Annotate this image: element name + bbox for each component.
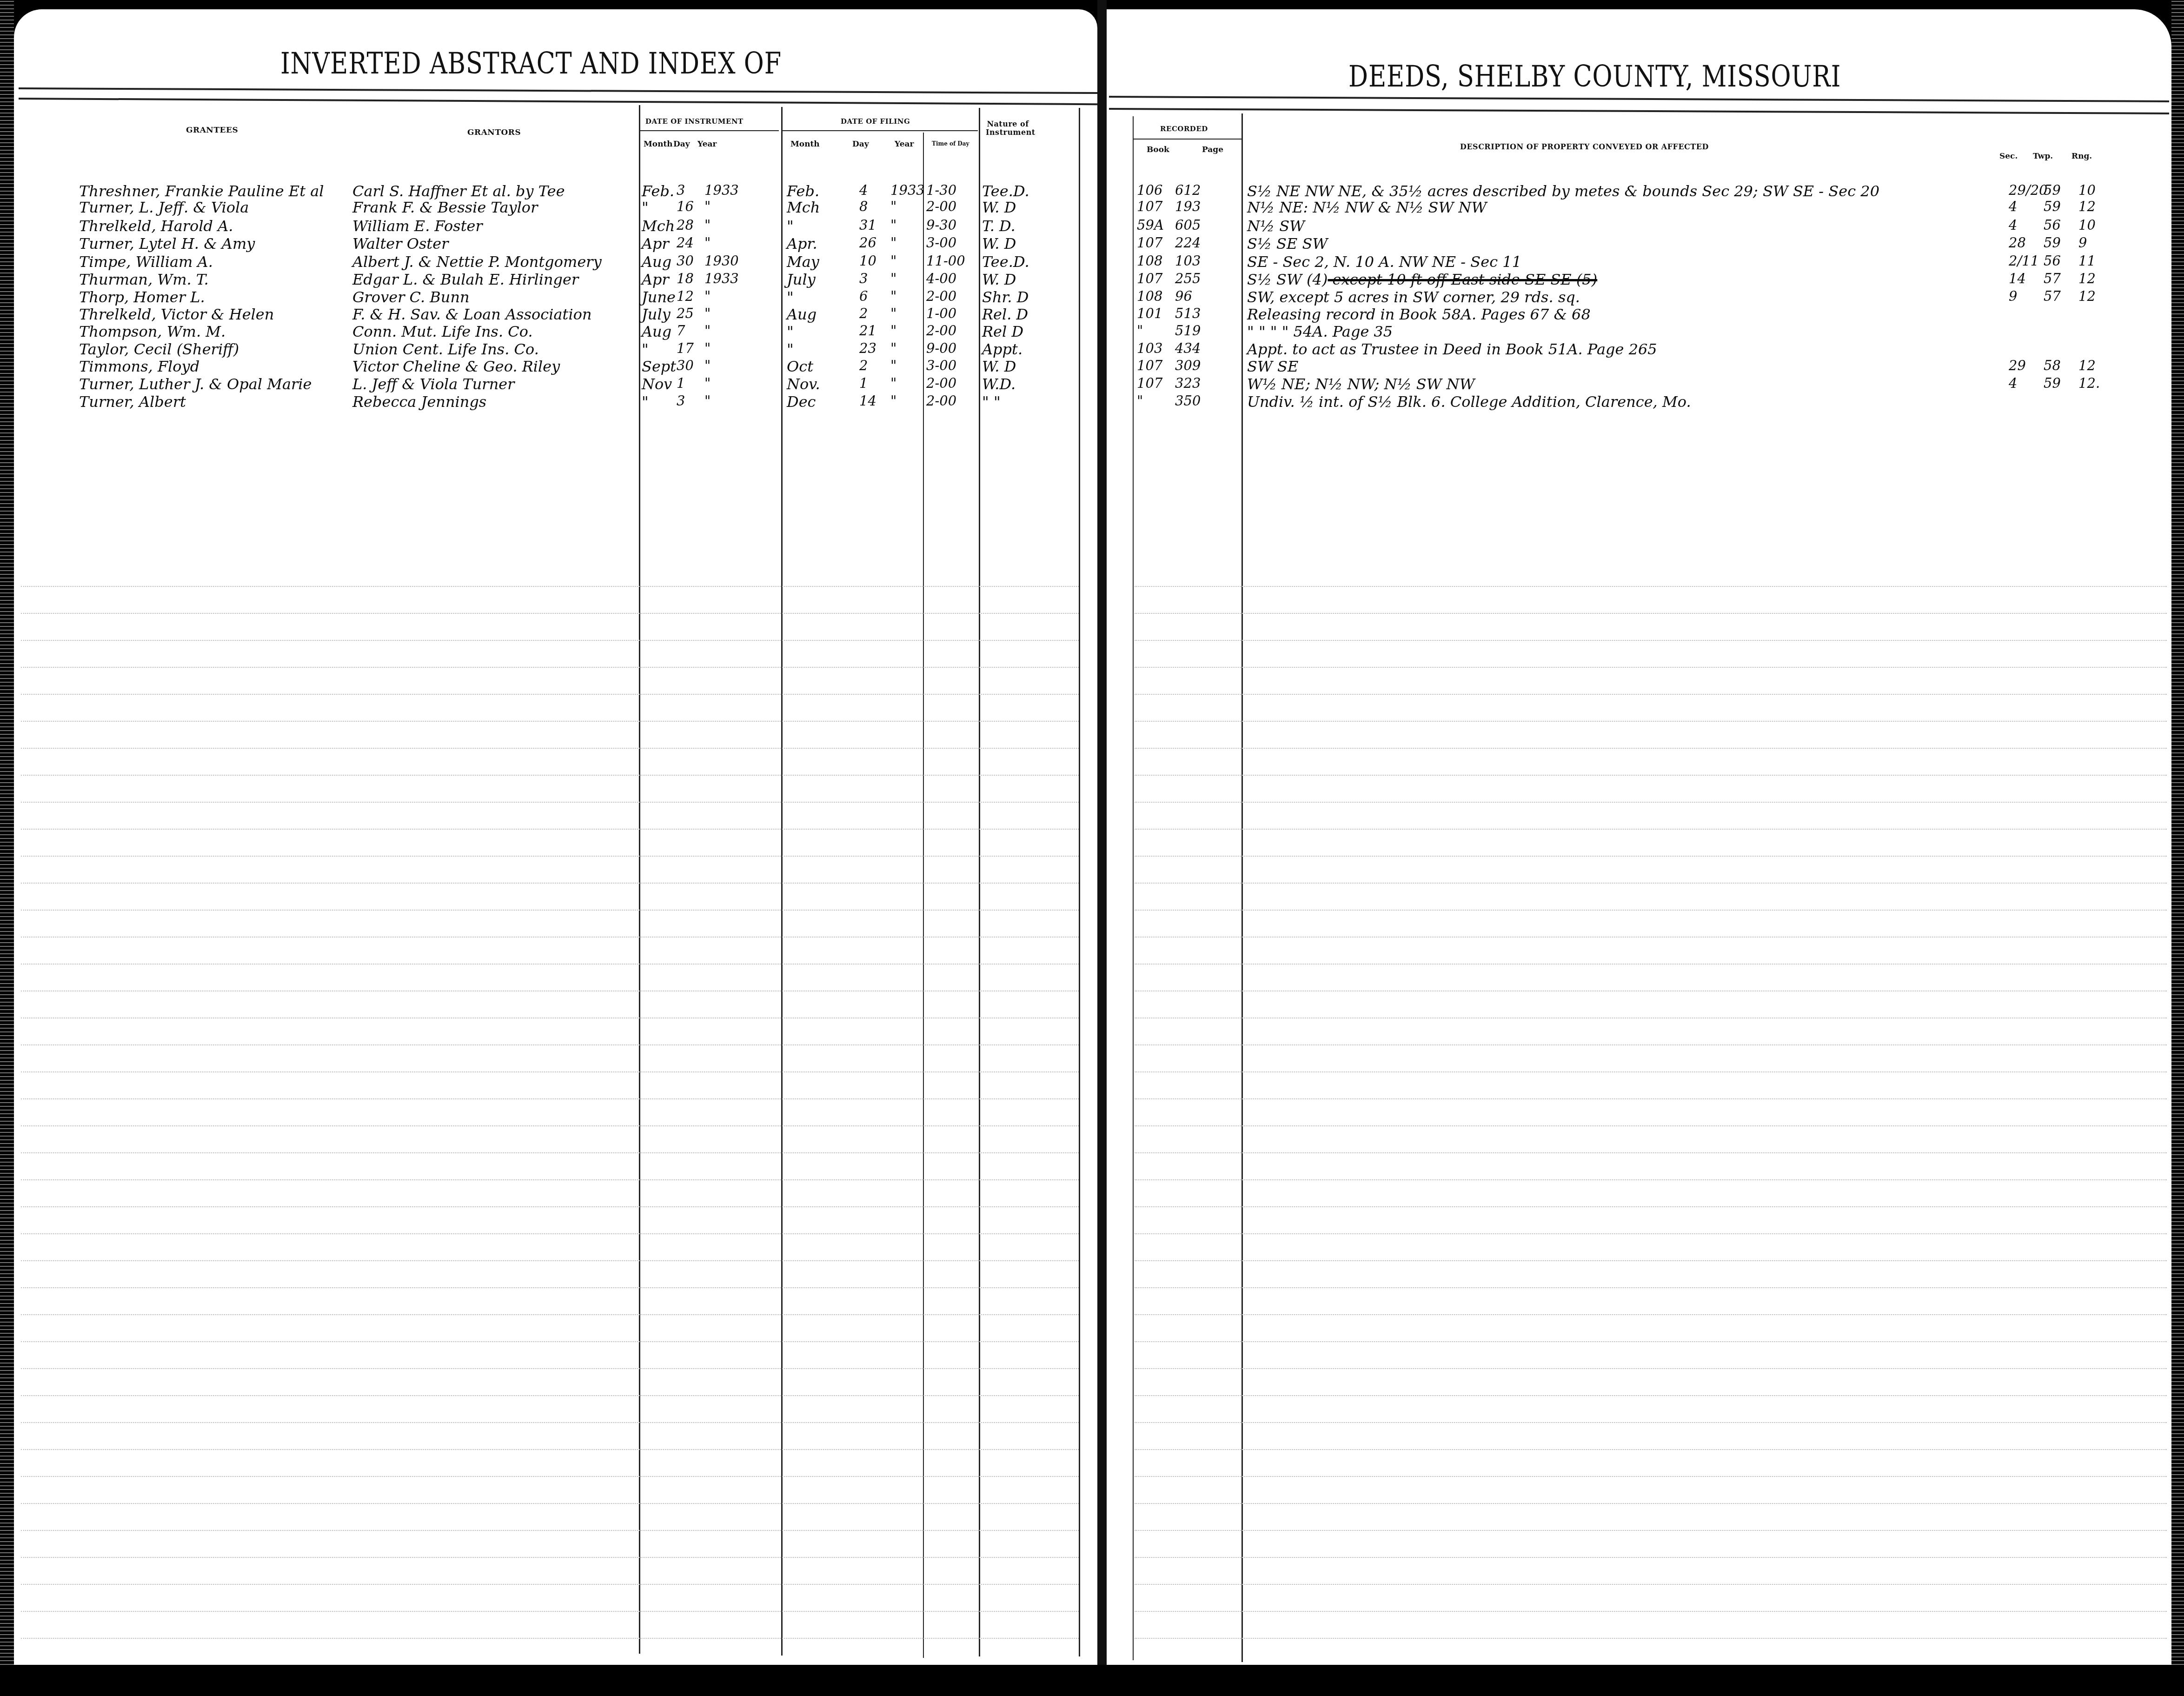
- grantee-cell: Thurman, Wm. T.: [79, 272, 209, 287]
- file-year-cell: ": [890, 377, 896, 390]
- ruled-line: [1135, 640, 2167, 641]
- file-year-cell: 1933: [890, 184, 925, 197]
- file-day-cell: 3: [859, 272, 868, 286]
- inst-year-cell: ": [704, 290, 710, 303]
- grantee-cell: Taylor, Cecil (Sheriff): [79, 342, 239, 357]
- book-cell: 107: [1137, 200, 1162, 213]
- page-cell: 193: [1175, 200, 1201, 213]
- page-cell: 519: [1175, 324, 1201, 338]
- ruled-line: [21, 586, 1079, 587]
- inst-year-cell: ": [704, 200, 710, 213]
- file-day-cell: 8: [859, 200, 868, 213]
- sec-cell: 29/20: [2009, 184, 2048, 197]
- grantor-cell: F. & H. Sav. & Loan Association: [352, 307, 592, 322]
- inst-year-cell: ": [704, 377, 710, 390]
- book-cell: 108: [1137, 254, 1162, 268]
- book-cell: 107: [1137, 272, 1162, 286]
- file-year-cell: ": [890, 219, 896, 232]
- rng-header: Rng.: [2071, 152, 2092, 161]
- book-cell: 101: [1137, 307, 1162, 320]
- sec-cell: 29: [2009, 359, 2026, 372]
- recorded-rule-right: [1241, 113, 1243, 1662]
- inst-day-cell: 17: [677, 342, 694, 355]
- inst-month-cell: Feb.: [642, 184, 674, 199]
- nature-cell: W. D: [982, 359, 1016, 374]
- book-cell: ": [1137, 324, 1143, 338]
- file-year-cell: ": [890, 200, 896, 213]
- ruled-line: [21, 1314, 1079, 1315]
- sec-header: Sec.: [1999, 152, 2018, 161]
- time-of-day-cell: 2-00: [926, 290, 956, 303]
- ruled-line: [1135, 1071, 2167, 1072]
- grantor-cell: Union Cent. Life Ins. Co.: [352, 342, 539, 357]
- ruled-line: [1135, 1476, 2167, 1477]
- ruled-line: [1135, 1422, 2167, 1423]
- ruled-line: [1135, 1044, 2167, 1045]
- ruled-line: [1135, 1530, 2167, 1531]
- file-month-cell: ": [787, 290, 794, 305]
- bottom-scan-edge: [0, 1665, 2184, 1696]
- file-month-cell: ": [787, 342, 794, 357]
- ruled-line: [21, 1018, 1079, 1018]
- ruled-line: [21, 883, 1079, 884]
- file-day-cell: 14: [859, 394, 876, 408]
- inst-day-cell: 24: [677, 236, 694, 250]
- time-of-day-cell: 3-00: [926, 359, 956, 372]
- time-of-day-cell: 1-00: [926, 307, 956, 320]
- page-cell: 96: [1175, 290, 1192, 303]
- page-cell: 323: [1175, 377, 1201, 390]
- description-cell: Undiv. ½ int. of S½ Blk. 6. College Addi…: [1247, 394, 1691, 409]
- twp-cell: 59: [2044, 200, 2061, 213]
- rng-cell: 10: [2078, 219, 2096, 232]
- file-month-header: Month: [790, 140, 820, 149]
- file-day-cell: 1: [859, 377, 868, 390]
- ruled-line: [21, 856, 1079, 857]
- inst-year-cell: ": [704, 236, 710, 250]
- right-page-title: DEEDS, SHELBY COUNTY, MISSOURI: [1348, 60, 1841, 94]
- inst-day-cell: 25: [677, 307, 694, 320]
- book-header: Book: [1147, 145, 1169, 154]
- inst-month-cell: ": [642, 394, 649, 409]
- description-cell: S½ NE NW NE, & 35½ acres described by me…: [1247, 184, 1879, 199]
- page-cell: 434: [1175, 342, 1201, 355]
- col-rule-nature-left: [979, 108, 980, 1656]
- book-cell: 103: [1137, 342, 1162, 355]
- date-of-instrument-header: DATE OF INSTRUMENT: [645, 117, 743, 126]
- ruled-line: [21, 640, 1079, 641]
- grantor-cell: Conn. Mut. Life Ins. Co.: [352, 324, 533, 339]
- col-rule-inst-left: [639, 105, 640, 1654]
- sec-cell: 9: [2009, 290, 2017, 303]
- description-cell: " " " " 54A. Page 35: [1247, 324, 1393, 339]
- ruled-line: [21, 1530, 1079, 1531]
- file-year-cell: ": [890, 290, 896, 303]
- ruled-line: [1135, 1206, 2167, 1207]
- nature-cell: Tee.D.: [982, 184, 1029, 199]
- rng-cell: 10: [2078, 184, 2096, 197]
- file-year-header: Year: [895, 140, 914, 149]
- grantee-cell: Turner, Luther J. & Opal Marie: [79, 377, 312, 392]
- nature-cell: W. D: [982, 272, 1016, 287]
- grantee-cell: Timpe, William A.: [79, 254, 213, 269]
- grantor-cell: William E. Foster: [352, 219, 483, 233]
- ruled-line: [21, 1260, 1079, 1261]
- ruled-line: [1135, 883, 2167, 884]
- inst-month-cell: Nov: [642, 377, 672, 392]
- ruled-line: [21, 991, 1079, 991]
- col-rule-time: [923, 133, 924, 1658]
- col-rule-inst-right: [781, 107, 783, 1656]
- inst-month-cell: Aug: [642, 324, 671, 339]
- ruled-line: [1135, 1611, 2167, 1612]
- inst-year-header: Year: [697, 140, 717, 149]
- page-cell: 513: [1175, 307, 1201, 320]
- grantor-cell: Frank F. & Bessie Taylor: [352, 200, 538, 215]
- book-cell: ": [1137, 394, 1143, 408]
- ruled-line: [21, 775, 1079, 776]
- grantor-cell: Victor Cheline & Geo. Riley: [352, 359, 560, 374]
- nature-cell: Shr. D: [982, 290, 1029, 305]
- sec-cell: 28: [2009, 236, 2026, 250]
- rng-cell: 12: [2078, 200, 2096, 213]
- file-year-cell: ": [890, 394, 896, 408]
- inst-year-cell: ": [704, 394, 710, 408]
- inst-month-cell: Apr: [642, 272, 669, 287]
- ruled-line: [1135, 937, 2167, 938]
- description-cell: SW SE: [1247, 359, 1298, 374]
- ruled-line: [21, 1044, 1079, 1045]
- time-of-day-cell: 2-00: [926, 377, 956, 390]
- description-cell: N½ SW: [1247, 219, 1305, 233]
- ruled-line: [1135, 775, 2167, 776]
- description-cell: SW, except 5 acres in SW corner, 29 rds.…: [1247, 290, 1580, 305]
- grantees-header: GRANTEES: [186, 126, 238, 135]
- twp-cell: 57: [2044, 272, 2061, 286]
- book-gutter: [1097, 0, 1107, 1696]
- rng-cell: 12: [2078, 272, 2096, 286]
- ruled-line: [1135, 586, 2167, 587]
- ruled-line: [1135, 1638, 2167, 1639]
- ruled-line: [1135, 1260, 2167, 1261]
- nature-cell: Rel. D: [982, 307, 1028, 322]
- file-day-cell: 31: [859, 219, 876, 232]
- sec-cell: 4: [2009, 377, 2017, 390]
- inst-month-cell: Apr: [642, 236, 669, 251]
- recorded-rule-left: [1133, 116, 1134, 1660]
- file-year-cell: ": [890, 272, 896, 286]
- file-month-cell: ": [787, 324, 794, 339]
- book-cell: 107: [1137, 377, 1162, 390]
- rng-cell: 11: [2078, 254, 2096, 268]
- ruled-line: [21, 1233, 1079, 1234]
- inst-day-cell: 12: [677, 290, 694, 303]
- ruled-line: [21, 694, 1079, 695]
- ruled-line: [1135, 721, 2167, 722]
- grantor-cell: L. Jeff & Viola Turner: [352, 377, 514, 392]
- sec-cell: 14: [2009, 272, 2026, 286]
- inst-day-cell: 30: [677, 254, 694, 268]
- file-year-cell: ": [890, 307, 896, 320]
- ruled-line: [1135, 1368, 2167, 1369]
- inst-year-cell: ": [704, 342, 710, 355]
- grantor-cell: Walter Oster: [352, 236, 448, 251]
- ruled-line: [21, 910, 1079, 911]
- sec-cell: 4: [2009, 200, 2017, 213]
- time-of-day-cell: 9-00: [926, 342, 956, 355]
- file-day-cell: 2: [859, 307, 868, 320]
- ruled-line: [21, 1368, 1079, 1369]
- nature-of-instrument-header: Nature of Instrument: [986, 120, 1030, 137]
- time-of-day-cell: 2-00: [926, 200, 956, 213]
- ruled-line: [21, 1422, 1079, 1423]
- grantee-cell: Turner, Albert: [79, 394, 186, 409]
- ruled-line: [1135, 802, 2167, 803]
- grantee-cell: Threlkeld, Harold A.: [79, 219, 233, 233]
- description-cell: SE - Sec 2, N. 10 A. NW NE - Sec 11: [1247, 254, 1521, 269]
- date-of-filing-header: DATE OF FILING: [841, 117, 910, 126]
- file-month-cell: July: [787, 272, 816, 287]
- page-cell: 350: [1175, 394, 1201, 408]
- ruled-line: [1135, 1584, 2167, 1585]
- ruled-line: [21, 1179, 1079, 1180]
- inst-day-cell: 7: [677, 324, 685, 338]
- twp-header: Twp.: [2033, 152, 2053, 161]
- ruled-line: [1135, 1152, 2167, 1153]
- twp-cell: 59: [2044, 377, 2061, 390]
- file-day-cell: 23: [859, 342, 876, 355]
- left-page-title: INVERTED ABSTRACT AND INDEX OF: [280, 47, 782, 81]
- ruled-line: [21, 1152, 1079, 1153]
- file-day-cell: 4: [859, 184, 868, 197]
- inst-year-cell: 1930: [704, 254, 739, 268]
- file-month-cell: Mch: [787, 200, 820, 215]
- nature-cell: W. D: [982, 236, 1016, 251]
- ruled-line: [1135, 667, 2167, 668]
- inst-year-cell: ": [704, 307, 710, 320]
- ruled-line: [21, 1125, 1079, 1126]
- time-of-day-cell: 3-00: [926, 236, 956, 250]
- ruled-line: [21, 1395, 1079, 1396]
- ruled-line: [1135, 694, 2167, 695]
- ruled-line: [21, 829, 1079, 830]
- ruled-line: [1135, 1395, 2167, 1396]
- description-cell: S½ SW (4) except 10 ft off East side SE …: [1247, 272, 1597, 287]
- nature-cell: " ": [982, 394, 1001, 409]
- inst-month-cell: ": [642, 342, 649, 357]
- twp-cell: 56: [2044, 219, 2061, 232]
- grantee-cell: Turner, L. Jeff. & Viola: [79, 200, 249, 215]
- page-cell: 224: [1175, 236, 1201, 250]
- inst-day-cell: 3: [677, 394, 685, 408]
- inst-day-cell: 16: [677, 200, 694, 213]
- description-cell: Appt. to act as Trustee in Deed in Book …: [1247, 342, 1657, 357]
- book-cell: 106: [1137, 184, 1162, 197]
- file-month-cell: Dec: [787, 394, 816, 409]
- ruled-line: [1135, 991, 2167, 991]
- inst-year-cell: ": [704, 324, 710, 338]
- file-day-cell: 6: [859, 290, 868, 303]
- nature-cell: Rel D: [982, 324, 1023, 339]
- grantor-cell: Carl S. Haffner Et al. by Tee: [352, 184, 565, 199]
- grantee-cell: Threshner, Frankie Pauline Et al: [79, 184, 324, 199]
- right-scan-edge: [2171, 0, 2184, 1696]
- inst-year-cell: ": [704, 359, 710, 372]
- inst-day-cell: 18: [677, 272, 694, 286]
- time-of-day-cell: 2-00: [926, 324, 956, 338]
- nature-cell: Tee.D.: [982, 254, 1029, 269]
- left-scan-edge: [0, 0, 14, 1696]
- twp-cell: 58: [2044, 359, 2061, 372]
- file-month-cell: Oct: [787, 359, 813, 374]
- time-of-day-header: Time of Day: [932, 140, 969, 147]
- description-cell: N½ NE: N½ NW & N½ SW NW: [1247, 200, 1487, 215]
- nature-cell: T. D.: [982, 219, 1016, 233]
- time-of-day-cell: 2-00: [926, 394, 956, 408]
- file-month-cell: Aug: [787, 307, 817, 322]
- ruled-line: [21, 1206, 1079, 1207]
- ruled-line: [1135, 1125, 2167, 1126]
- inst-year-cell: 1933: [704, 184, 739, 197]
- filing-subheader-rule: [783, 130, 978, 131]
- book-cell: 107: [1137, 359, 1162, 372]
- ruled-line: [1135, 1233, 2167, 1234]
- description-header: DESCRIPTION OF PROPERTY CONVEYED OR AFFE…: [1460, 142, 1709, 151]
- file-month-cell: May: [787, 254, 819, 269]
- ruled-line: [21, 748, 1079, 749]
- rng-cell: 12.: [2078, 377, 2100, 390]
- twp-cell: 56: [2044, 254, 2061, 268]
- inst-month-header: Month: [644, 140, 673, 149]
- ruled-line: [21, 1098, 1079, 1099]
- file-year-cell: ": [890, 254, 896, 268]
- file-year-cell: ": [890, 359, 896, 372]
- time-of-day-cell: 4-00: [926, 272, 956, 286]
- ruled-line: [21, 1611, 1079, 1612]
- page-cell: 612: [1175, 184, 1201, 197]
- file-year-cell: ": [890, 324, 896, 338]
- inst-month-cell: Sept: [642, 359, 676, 374]
- ruled-line: [1135, 1503, 2167, 1504]
- book-cell: 108: [1137, 290, 1162, 303]
- file-day-header: Day: [852, 140, 869, 149]
- time-of-day-cell: 9-30: [926, 219, 956, 232]
- file-month-cell: ": [787, 219, 794, 233]
- page-cell: 103: [1175, 254, 1201, 268]
- file-month-cell: Apr.: [787, 236, 817, 251]
- inst-subheader-rule: [639, 130, 779, 131]
- rng-cell: 12: [2078, 359, 2096, 372]
- struck-description-text: except 10 ft off East side SE SE (5): [1328, 271, 1597, 288]
- twp-cell: 59: [2044, 184, 2061, 197]
- time-of-day-cell: 11-00: [926, 254, 965, 268]
- page-header: Page: [1202, 145, 1223, 154]
- ruled-line: [1135, 1018, 2167, 1018]
- file-day-cell: 2: [859, 359, 868, 372]
- ruled-line: [1135, 1287, 2167, 1288]
- grantee-cell: Thorp, Homer L.: [79, 290, 205, 305]
- recorded-header: RECORDED: [1160, 125, 1208, 133]
- file-month-cell: Feb.: [787, 184, 819, 199]
- ruled-line: [21, 937, 1079, 938]
- ruled-line: [21, 1557, 1079, 1558]
- ruled-line: [21, 1503, 1079, 1504]
- ruled-line: [1135, 856, 2167, 857]
- ruled-line: [1135, 910, 2167, 911]
- inst-month-cell: Aug: [642, 254, 671, 269]
- description-cell: Releasing record in Book 58A. Pages 67 &…: [1247, 307, 1591, 322]
- page-cell: 605: [1175, 219, 1201, 232]
- ruled-line: [21, 802, 1079, 803]
- ruled-line: [1135, 829, 2167, 830]
- file-day-cell: 26: [859, 236, 876, 250]
- ruled-line: [21, 721, 1079, 722]
- file-year-cell: ": [890, 236, 896, 250]
- ruled-line: [1135, 1449, 2167, 1450]
- grantee-cell: Threlkeld, Victor & Helen: [79, 307, 274, 322]
- rng-cell: 12: [2078, 290, 2096, 303]
- twp-cell: 59: [2044, 236, 2061, 250]
- recorded-subheader-rule: [1133, 139, 1241, 140]
- nature-cell: W.D.: [982, 377, 1016, 392]
- grantee-cell: Timmons, Floyd: [79, 359, 199, 374]
- ruled-line: [1135, 1341, 2167, 1342]
- inst-year-cell: ": [704, 219, 710, 232]
- file-day-cell: 21: [859, 324, 876, 338]
- inst-day-header: Day: [673, 140, 690, 149]
- ruled-line: [21, 964, 1079, 964]
- inst-month-cell: Mch: [642, 219, 675, 233]
- book-cell: 59A: [1137, 219, 1164, 232]
- file-day-cell: 10: [859, 254, 876, 268]
- sec-cell: 4: [2009, 219, 2017, 232]
- ruled-line: [1135, 1179, 2167, 1180]
- inst-day-cell: 28: [677, 219, 694, 232]
- time-of-day-cell: 1-30: [926, 184, 956, 197]
- ruled-line: [1135, 1314, 2167, 1315]
- ruled-line: [21, 1341, 1079, 1342]
- grantor-cell: Albert J. & Nettie P. Montgomery: [352, 254, 602, 269]
- ruled-line: [21, 1476, 1079, 1477]
- inst-month-cell: ": [642, 200, 649, 215]
- ruled-line: [1135, 1557, 2167, 1558]
- inst-day-cell: 3: [677, 184, 685, 197]
- inst-year-cell: 1933: [704, 272, 739, 286]
- inst-day-cell: 1: [677, 377, 685, 390]
- ruled-line: [21, 613, 1079, 614]
- inst-month-cell: July: [642, 307, 670, 322]
- ruled-line: [21, 1638, 1079, 1639]
- ruled-line: [21, 667, 1079, 668]
- sec-cell: 2/11: [2009, 254, 2039, 268]
- file-year-cell: ": [890, 342, 896, 355]
- grantors-header: GRANTORS: [467, 128, 521, 137]
- page-cell: 309: [1175, 359, 1201, 372]
- grantor-cell: Grover C. Bunn: [352, 290, 470, 305]
- nature-cell: W. D: [982, 200, 1016, 215]
- grantee-cell: Turner, Lytel H. & Amy: [79, 236, 255, 251]
- ruled-line: [21, 1584, 1079, 1585]
- grantor-cell: Edgar L. & Bulah E. Hirlinger: [352, 272, 578, 287]
- book-cell: 107: [1137, 236, 1162, 250]
- grantee-cell: Thompson, Wm. M.: [79, 324, 226, 339]
- inst-day-cell: 30: [677, 359, 694, 372]
- ruled-line: [1135, 613, 2167, 614]
- twp-cell: 57: [2044, 290, 2061, 303]
- ruled-line: [1135, 748, 2167, 749]
- inst-month-cell: June: [642, 290, 676, 305]
- ruled-line: [21, 1287, 1079, 1288]
